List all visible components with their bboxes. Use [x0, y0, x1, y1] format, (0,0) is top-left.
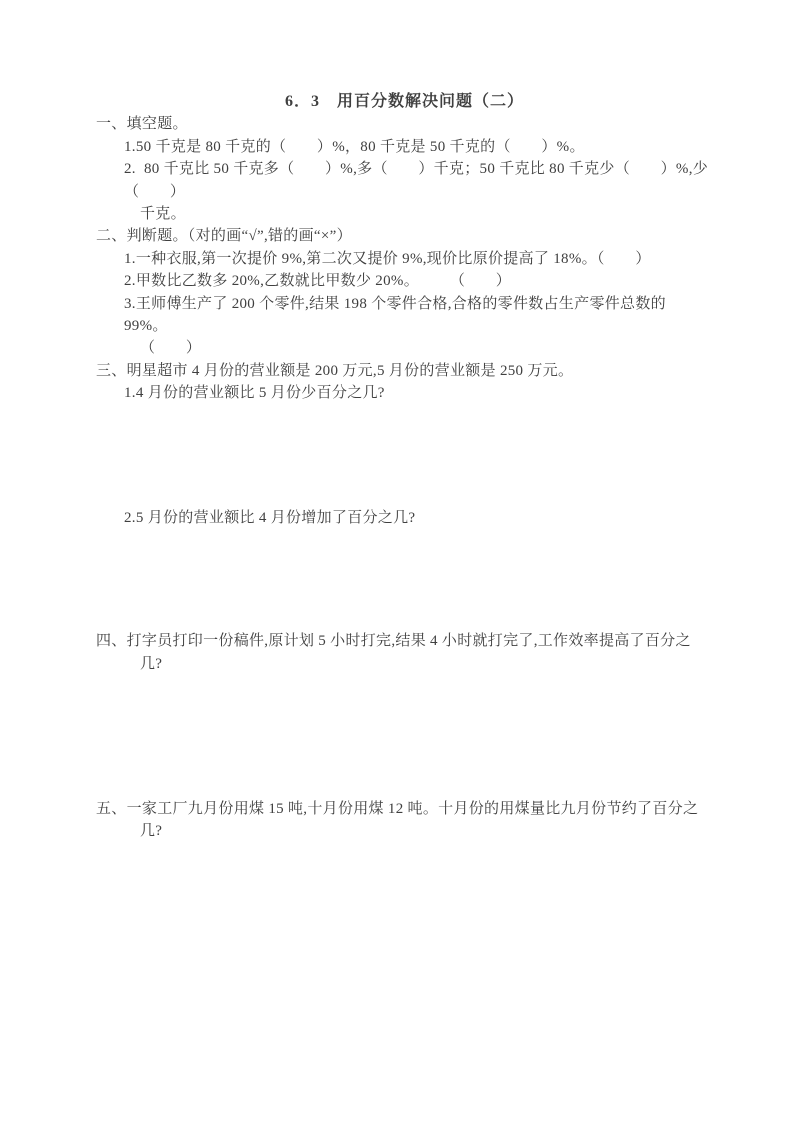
- section-5-question-continuation: 几?: [140, 820, 713, 842]
- section-4-question: 四、打字员打印一份稿件,原计划 5 小时打完,结果 4 小时就打完了,工作效率提…: [96, 630, 713, 652]
- judge-item-2: 2.甲数比乙数多 20%,乙数就比甲数少 20%。 （ ）: [124, 270, 713, 292]
- judge-item-1: 1.一种衣服,第一次提价 9%,第二次又提价 9%,现价比原价提高了 18%。（…: [124, 248, 713, 270]
- section-3-question-1: 1.4 月份的营业额比 5 月份少百分之几?: [124, 382, 713, 404]
- worksheet-title: 6．3 用百分数解决问题（二）: [96, 91, 713, 113]
- judge-item-3: 3.王师傅生产了 200 个零件,结果 198 个零件合格,合格的零件数占生产零…: [124, 293, 713, 338]
- section-4-question-continuation: 几?: [140, 653, 713, 675]
- section-2-heading: 二、判断题。（对的画“√”,错的画“×”）: [96, 225, 713, 247]
- section-5-question: 五、一家工厂九月份用煤 15 吨,十月份用煤 12 吨。十月份的用煤量比九月份节…: [96, 798, 713, 820]
- fill-blank-item-1: 1.50 千克是 80 千克的（ ）%，80 千克是 50 千克的（ ）%。: [124, 136, 713, 158]
- section-3-heading: 三、明星超市 4 月份的营业额是 200 万元,5 月份的营业额是 250 万元…: [96, 360, 713, 382]
- section-1-heading: 一、填空题。: [96, 113, 713, 135]
- judge-item-3-continuation: （ ）: [140, 337, 713, 359]
- fill-blank-item-2: 2. 80 千克比 50 千克多（ ）%,多（ ）千克；50 千克比 80 千克…: [124, 158, 713, 203]
- worksheet-page: 6．3 用百分数解决问题（二） 一、填空题。 1.50 千克是 80 千克的（ …: [0, 0, 793, 1122]
- fill-blank-item-2-continuation: 千克。: [140, 203, 713, 225]
- section-3-question-2: 2.5 月份的营业额比 4 月份增加了百分之几?: [124, 507, 713, 529]
